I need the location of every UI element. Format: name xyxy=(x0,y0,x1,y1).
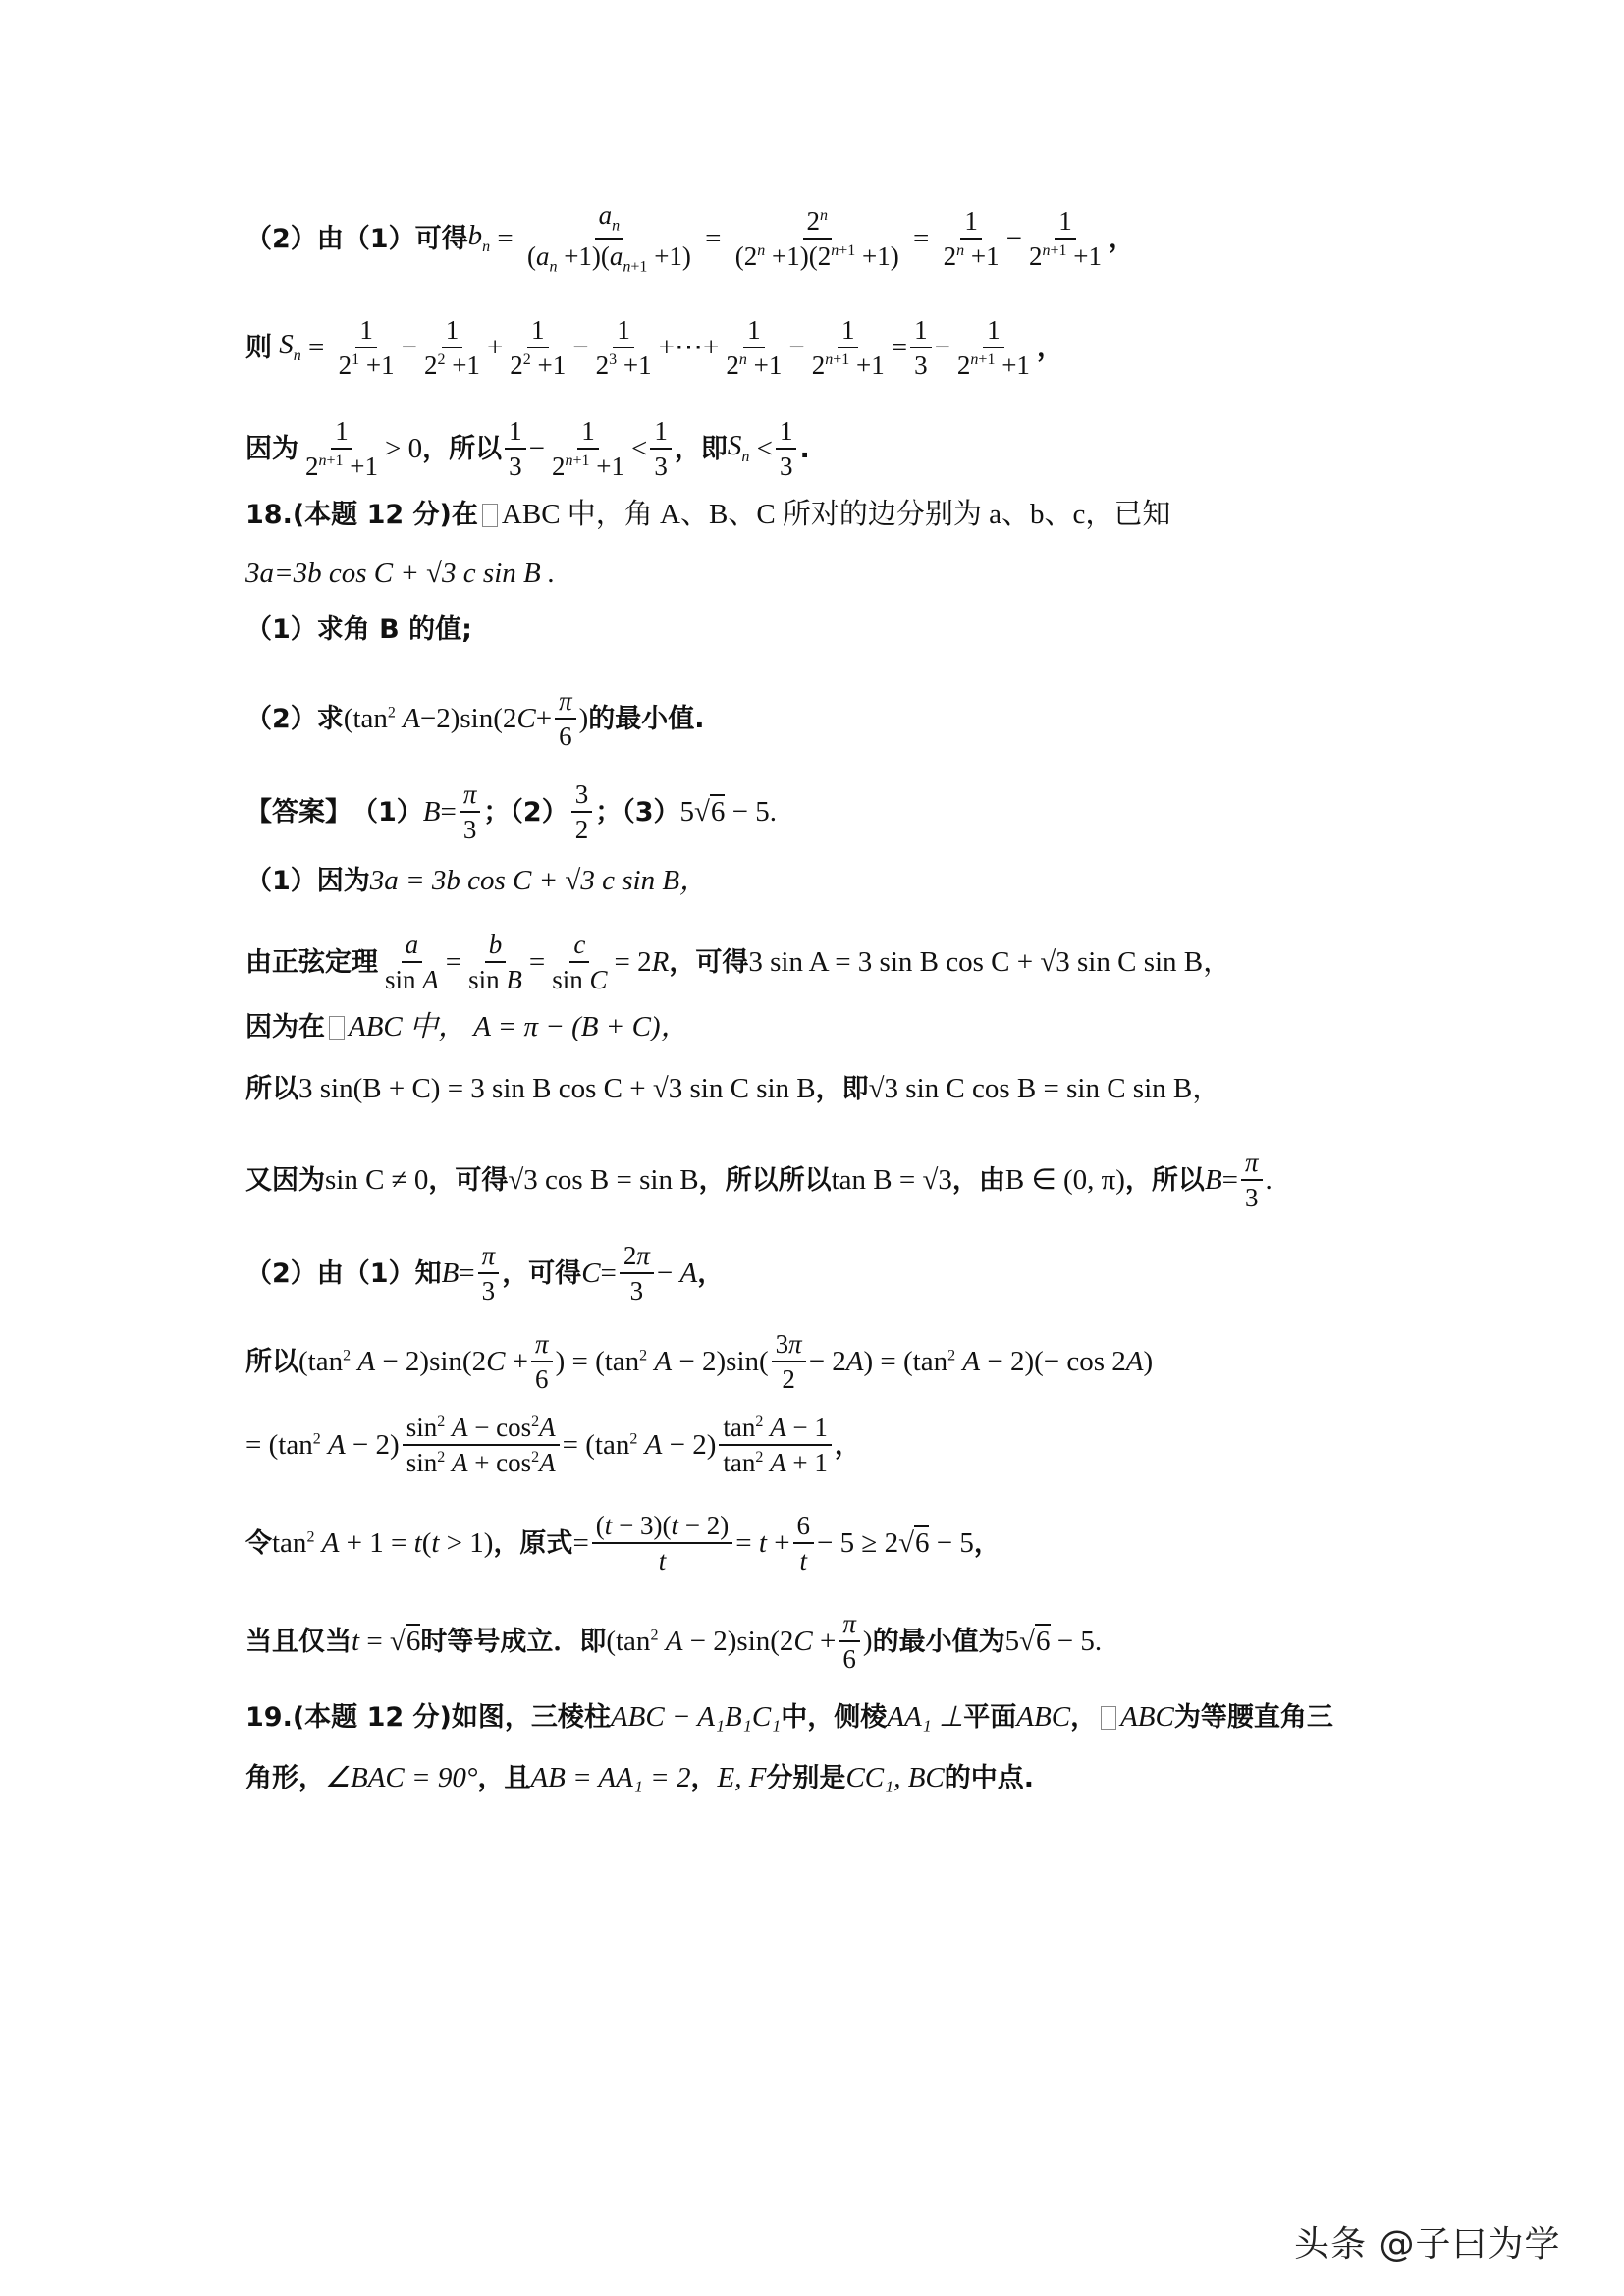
fraction-2n: 2n (2n +1)(2n+1 +1) xyxy=(731,207,903,271)
solution2-p3: = (tan2 A − 2) sin2 A − cos2Asin2 A + co… xyxy=(245,1414,861,1477)
q18-sub1: （1）求角 B 的值; xyxy=(245,616,472,643)
q19-number: 19. xyxy=(245,1704,293,1731)
triangle-symbol-placeholder xyxy=(1101,1706,1116,1730)
answer-label: 【答案】 xyxy=(245,799,352,826)
fraction-1-over-2n: 12n +1 xyxy=(940,207,1003,271)
solution-s3: 因为在 ABC 中， A = π − (B + C)， xyxy=(245,1013,689,1041)
part2-bn-line: （2）由（1）可得 bn = an (an +1)(an+1 +1) = 2n … xyxy=(245,201,1135,276)
q18-stem: 18. (本题 12 分) 在 ABC 中，角 A、B、C 所对的边分别为 a、… xyxy=(245,501,1170,529)
solution2-p5: 当且仅当 t = √6 时等号成立．即 (tan2 A − 2)sin(2C +… xyxy=(245,1610,1102,1674)
sum-label: 则 xyxy=(245,335,272,361)
solution2-p2: 所以 (tan2 A − 2)sin(2C + π6 ) = (tan2 A −… xyxy=(245,1330,1153,1394)
solution-s1: （1）因为 3a = 3b cos C + √3 c sin B， xyxy=(245,867,708,895)
watermark: 头条 @子曰为学 xyxy=(1294,2216,1560,2267)
solution2-p4: 令 tan2 A + 1 = t(t > 1) ，原式 = (t − 3)(t … xyxy=(245,1512,1001,1575)
triangle-symbol-placeholder xyxy=(482,504,498,527)
solution-s5: 又因为 sin C ≠ 0 ，可得 √3 cos B = sin B ，所以所以… xyxy=(245,1148,1272,1212)
conclusion-line: 因为 12n+1 +1 > 0 ，所以 13− 12n+1 +1< 13 ，即 … xyxy=(245,417,810,481)
answer-line: 【答案】 （1）B= π3 ；（2） 32 ；（3）5√6 − 5. xyxy=(245,780,777,844)
fraction-an: an (an +1)(an+1 +1) xyxy=(523,201,695,276)
fraction-1-over-2n1: 12n+1 +1 xyxy=(1025,207,1106,271)
q18-sub2: （2）求 (tan2 A−2)sin(2C+ π6 ) 的最小值. xyxy=(245,687,705,751)
sum-line: 则 Sn = 121 +1− 122 +1+ 122 +1− 123 +1+⋯+… xyxy=(245,316,1063,380)
q19-line1: 19. (本题 12 分) 如图，三棱柱 ABC − A₁B₁C₁ 中，侧棱 A… xyxy=(245,1703,1333,1732)
solution-s4: 所以 3 sin(B + C) = 3 sin B cos C + √3 sin… xyxy=(245,1075,1220,1103)
q19-line2: 角形， ∠BAC = 90° ，且 AB = AA₁ = 2 ， E, F 分别… xyxy=(245,1764,1034,1792)
q18-given: 3a=3b cos C + √3 c sin B . xyxy=(245,560,555,588)
document-page: （2）由（1）可得 bn = an (an +1)(an+1 +1) = 2n … xyxy=(0,0,1624,2296)
q19-score: (本题 12 分) xyxy=(293,1704,452,1731)
part2-label: （2）由（1）可得 xyxy=(245,226,468,252)
solution-s2: 由正弦定理 asin A= bsin B= csin C= 2R ，可得 3 s… xyxy=(245,931,1231,994)
triangle-symbol-placeholder xyxy=(329,1016,345,1040)
q18-number: 18. xyxy=(245,502,293,528)
bn-symbol: bn xyxy=(468,222,491,255)
solution2-p1: （2）由（1）知 B= π3 ，可得 C= 2π3 − A， xyxy=(245,1242,724,1306)
q18-score: (本题 12 分) xyxy=(293,502,452,528)
